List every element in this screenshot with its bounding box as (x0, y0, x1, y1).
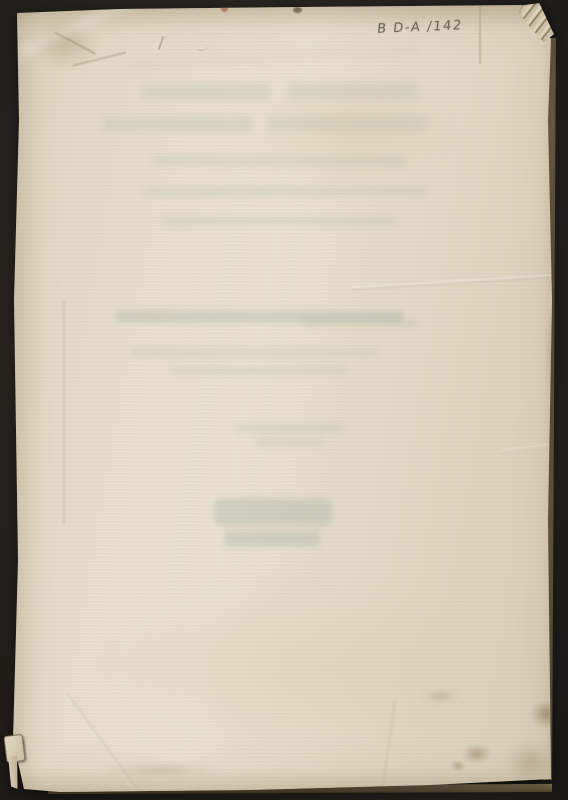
ghost-text-line (236, 424, 344, 433)
stain (530, 700, 564, 728)
ghost-text-line (256, 439, 324, 446)
ghost-publisher-stamp (214, 498, 332, 526)
crease (63, 300, 65, 525)
ghost-text-line (132, 349, 377, 356)
crease (479, 6, 481, 64)
stain (100, 763, 220, 777)
stain (293, 7, 302, 13)
tonal-patch (90, 580, 470, 750)
stain (505, 742, 555, 782)
ghost-publisher-stamp (224, 531, 320, 546)
tonal-patch (240, 70, 460, 190)
ghost-text-line (162, 217, 397, 225)
crease (352, 273, 566, 290)
stain (546, 310, 560, 400)
ghost-text-line (302, 319, 417, 327)
document-cover-page: B D-A /142 (0, 0, 568, 800)
crease (502, 442, 564, 453)
crease (120, 47, 420, 69)
stain (221, 5, 228, 12)
ghost-text-line (172, 367, 347, 374)
paper-shadow-wrap: B D-A /142 (0, 0, 568, 800)
stain (30, 16, 100, 71)
pencil-annotation: B D-A /142 (376, 18, 463, 37)
scan-background: B D-A /142 (0, 0, 568, 800)
pencil-stroke (158, 36, 165, 50)
stain (450, 760, 466, 772)
ghost-text-title-line (103, 117, 251, 132)
pencil-stroke (195, 41, 208, 52)
